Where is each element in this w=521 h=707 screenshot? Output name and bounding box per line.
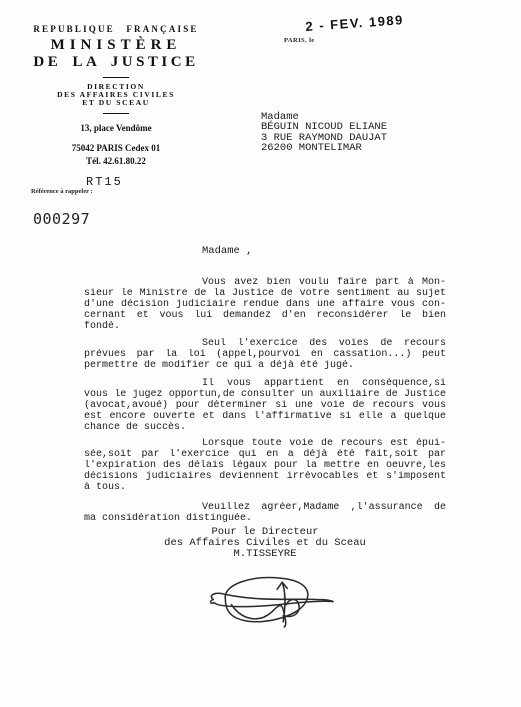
- body-line: prévues par la loi (appel,pourvoi en cas…: [84, 349, 446, 360]
- handwritten-signature-icon: [203, 571, 335, 628]
- letterhead-divider-bottom: [103, 113, 129, 114]
- body-line: (avocat,avoué) pour déterminer si une vo…: [84, 400, 446, 411]
- ministry-title-line2: DE LA JUSTICE: [25, 54, 207, 71]
- paragraph: Seul l'exercice des voies de recours pré…: [84, 338, 446, 371]
- recipient-line: 26200 MONTELIMAR: [261, 143, 387, 153]
- signer-name: M.TISSEYRE: [84, 549, 446, 560]
- paragraph: Veuillez agréer,Madame ,l'assurance de m…: [84, 502, 446, 524]
- salutation: Madame ,: [202, 245, 252, 257]
- body-line: à tous.: [84, 482, 446, 493]
- body-line: sée,soit par l'exercice qui en a déjà ét…: [84, 449, 446, 460]
- body-line: Il vous appartient en conséquence,si: [84, 378, 446, 389]
- signature-block: Pour le Directeur des Affaires Civiles e…: [84, 527, 446, 560]
- letterhead-city: 75042 PARIS Cedex 01: [25, 143, 207, 154]
- body-line: cernant et vous lui demandez d'en recons…: [84, 310, 446, 321]
- direction-line3: ET DU SCEAU: [25, 99, 207, 107]
- reference-code: RT15: [86, 175, 123, 189]
- place-date-label: PARIS, le: [284, 37, 315, 44]
- registration-number-stamp: 000297: [33, 210, 90, 228]
- body-line: chance de succès.: [84, 422, 446, 433]
- body-line: l'expiration des délais légaux pour la m…: [84, 460, 446, 471]
- body-line: d'une décision judiciaire rendue dans un…: [84, 299, 446, 310]
- letter-body: Vous avez bien voulu faire part à Mon- s…: [84, 277, 446, 524]
- body-line: vous le jugez opportun,de consulter un a…: [84, 389, 446, 400]
- body-line: est encore ouverte et dans l'affirmative…: [84, 411, 446, 422]
- recipient-address: Madame BÉGUIN NICOUD ELIANE 3 RUE RAYMON…: [261, 112, 387, 153]
- ministry-title-line1: MINISTÈRE: [25, 37, 207, 54]
- letterhead-street: 13, place Vendôme: [25, 123, 207, 134]
- letterhead-divider-top: [103, 77, 129, 78]
- body-line: décisions judiciaires deviennent irrévoc…: [84, 471, 446, 482]
- republic-line: REPUBLIQUE FRANÇAISE: [25, 24, 207, 34]
- paragraph: Vous avez bien voulu faire part à Mon- s…: [84, 277, 446, 332]
- scanned-letter-page: REPUBLIQUE FRANÇAISE MINISTÈRE DE LA JUS…: [0, 0, 521, 707]
- letterhead-phone: Tél. 42.61.80.22: [25, 156, 207, 166]
- body-line: sieur le Ministre de la Justice de votre…: [84, 288, 446, 299]
- body-line: permettre de modifier ce qui a déjà été …: [84, 360, 446, 371]
- paragraph: Lorsque toute voie de recours est épui- …: [84, 438, 446, 493]
- body-line: Vous avez bien voulu faire part à Mon-: [84, 277, 446, 288]
- date-stamp: 2 - FEV. 1989: [305, 12, 404, 34]
- paragraph: Il vous appartient en conséquence,si vou…: [84, 378, 446, 433]
- body-line: fondé.: [84, 321, 446, 332]
- body-line: Veuillez agréer,Madame ,l'assurance de: [84, 502, 446, 513]
- reference-label: Référence à rappeler :: [31, 188, 93, 195]
- body-line: Seul l'exercice des voies de recours: [84, 338, 446, 349]
- body-line: ma considération distinguée.: [84, 513, 446, 524]
- body-line: Lorsque toute voie de recours est épui-: [84, 438, 446, 449]
- ministry-letterhead: REPUBLIQUE FRANÇAISE MINISTÈRE DE LA JUS…: [25, 24, 207, 166]
